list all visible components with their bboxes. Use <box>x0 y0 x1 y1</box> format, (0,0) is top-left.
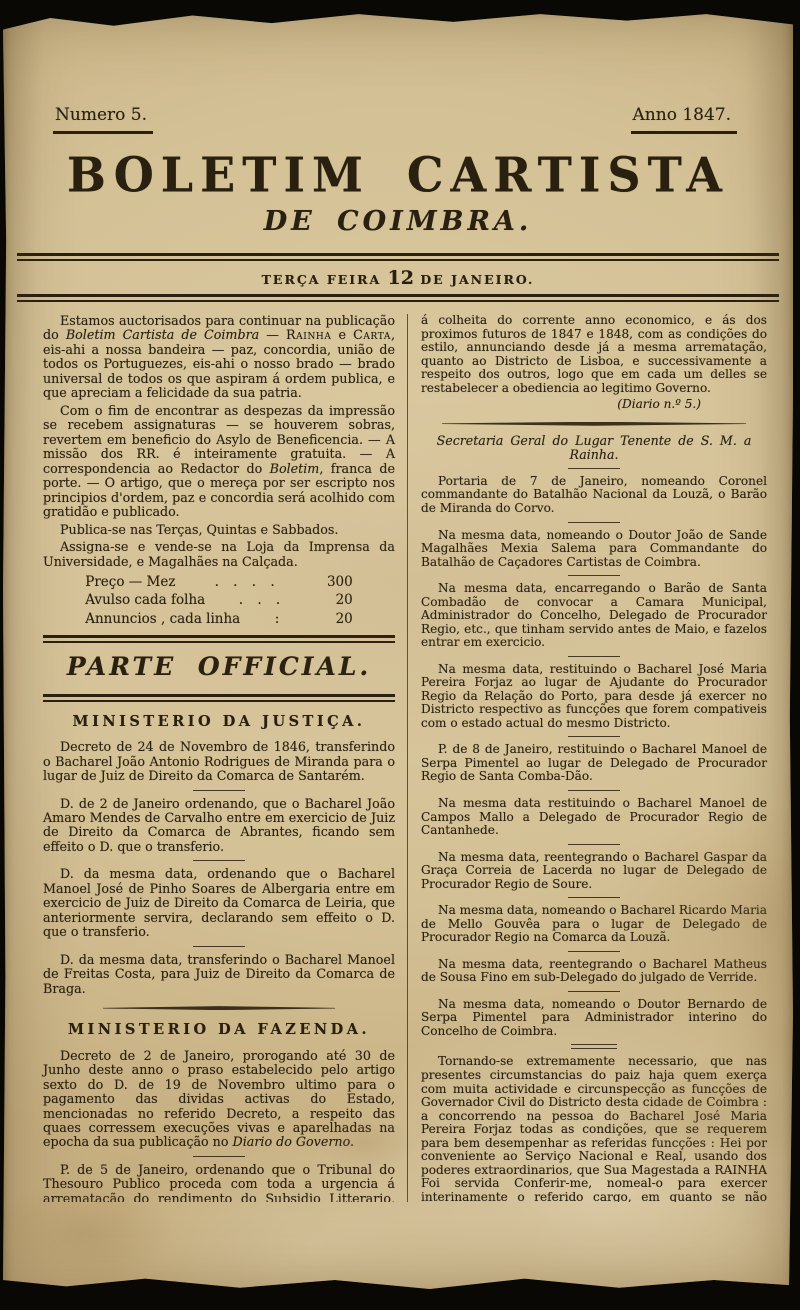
price-row-single: Avulso cada folha . . . 20 <box>85 593 353 608</box>
dateline-day: 12 <box>388 267 414 289</box>
text-run: e <box>331 327 353 342</box>
separator-rule <box>193 1156 245 1157</box>
price-value: 20 <box>319 612 353 627</box>
decree-paragraph: Decreto de 2 de Janeiro, prorogando até … <box>43 1049 395 1150</box>
smallcaps-carta: Carta <box>353 327 391 342</box>
decree-paragraph: D. da mesma data, ordenando que o Bachar… <box>43 867 395 939</box>
price-label: Avulso cada folha <box>85 593 205 608</box>
smallcaps-rainha: Rainha <box>286 327 331 342</box>
newspaper-scan: Numero 5. Anno 1847. BOLETIM CARTISTA DE… <box>3 9 793 1298</box>
decree-paragraph: Na mesma data, reentegrando o Bacharel M… <box>421 958 767 985</box>
price-label: Preço — Mez <box>85 575 175 590</box>
separator-rule <box>568 897 620 898</box>
secretaria-heading: Secretaria Geral do Lugar Tenente de S. … <box>421 434 767 462</box>
double-rule <box>17 294 779 302</box>
price-row-ads: Annuncios , cada linha : 20 <box>85 612 353 627</box>
separator-rule <box>568 468 620 469</box>
intro-paragraph-1: Estamos auctorisados para continuar na p… <box>43 314 395 401</box>
decree-paragraph: Tornando-se extremamente necessario, que… <box>421 1055 767 1202</box>
dateline: TERÇA FEIRA 12 DE JANEIRO. <box>3 261 793 294</box>
decree-paragraph: Na mesma data restituindo o Bacharel Man… <box>421 797 767 838</box>
parte-official-block: PARTE OFFICIAL. <box>43 635 395 702</box>
separator-rule <box>568 575 620 576</box>
decree-paragraph: Decreto de 24 de Novembro de 1846, trans… <box>43 740 395 783</box>
dot-leader: . . . . <box>175 575 318 590</box>
text-run: — <box>259 327 286 342</box>
separator-double-rule <box>571 1044 617 1049</box>
journal-name-italic: Diario do Governo. <box>233 1134 355 1149</box>
separator-rule <box>568 951 620 952</box>
decree-paragraph: P. de 5 de Janeiro, ordenando que o Trib… <box>43 1163 395 1202</box>
decree-paragraph: D. da mesma data, transferindo o Bachare… <box>43 953 395 996</box>
journal-name-italic: Boletim Cartista de Coimbra <box>66 327 259 342</box>
masthead-top-row: Numero 5. Anno 1847. <box>3 9 793 134</box>
price-row-month: Preço — Mez . . . . 300 <box>85 575 353 590</box>
decree-paragraph: Na mesma data, encarregando o Barão de S… <box>421 582 767 650</box>
publication-days: Publica-se nas Terças, Quintas e Sabbado… <box>43 523 395 537</box>
price-value: 300 <box>319 575 353 590</box>
dot-leader: : <box>240 612 319 627</box>
double-rule <box>43 694 395 702</box>
price-table: Preço — Mez . . . . 300 Avulso cada folh… <box>85 575 353 627</box>
separator-rule <box>568 844 620 845</box>
source-citation: (Diario n.º 5.) <box>421 398 767 412</box>
separator-rule <box>568 656 620 657</box>
masthead-subtitle: DE COIMBRA. <box>3 206 793 237</box>
tapered-rule <box>103 1006 335 1010</box>
dateline-weekday: TERÇA FEIRA <box>262 272 382 287</box>
masthead-title: BOLETIM CARTISTA <box>3 147 793 203</box>
decree-paragraph: Na mesma data, restituindo o Bacharel Jo… <box>421 663 767 731</box>
decree-paragraph: P. de 8 de Janeiro, restituindo o Bachar… <box>421 743 767 784</box>
columns-container: Estamos auctorisados para continuar na p… <box>3 304 793 1202</box>
decree-paragraph: Na mesma data, nomeando o Doutor João de… <box>421 529 767 570</box>
separator-rule <box>568 522 620 523</box>
intro-paragraph-2: Com o fim de encontrar as despezas da im… <box>43 404 395 520</box>
right-column: á colheita do corrente anno economico, e… <box>408 314 767 1202</box>
decree-paragraph: Na mesma data, nomeando o Bacharel Ricar… <box>421 904 767 945</box>
separator-rule <box>193 860 245 861</box>
separator-rule <box>568 790 620 791</box>
decree-paragraph: Portaria de 7 de Janeiro, nomeando Coron… <box>421 475 767 516</box>
separator-rule <box>568 991 620 992</box>
price-value: 20 <box>319 593 353 608</box>
double-rule <box>17 253 779 261</box>
dot-leader: . . . <box>205 593 319 608</box>
continuation-paragraph: á colheita do corrente anno economico, e… <box>421 314 767 395</box>
tapered-rule <box>442 422 746 426</box>
section-heading-justica: MINISTERIO DA JUSTIÇA. <box>43 714 395 731</box>
double-rule <box>43 635 395 643</box>
decree-paragraph: Na mesma data, nomeando o Doutor Bernard… <box>421 998 767 1039</box>
left-column: Estamos auctorisados para continuar na p… <box>43 314 408 1202</box>
separator-rule <box>568 736 620 737</box>
decree-paragraph: D. de 2 de Janeiro ordenando, que o Bach… <box>43 797 395 855</box>
separator-rule <box>193 946 245 947</box>
newspaper-page: Numero 5. Anno 1847. BOLETIM CARTISTA DE… <box>3 9 793 1202</box>
price-label: Annuncios , cada linha <box>85 612 240 627</box>
issue-number: Numero 5. <box>53 105 153 134</box>
decree-paragraph: Na mesma data, reentegrando o Bacharel G… <box>421 851 767 892</box>
section-heading-fazenda: MINISTERIO DA FAZENDA. <box>43 1022 395 1039</box>
year-label: Anno 1847. <box>631 105 737 134</box>
parte-official-title: PARTE OFFICIAL. <box>43 643 395 694</box>
journal-name-italic: Boletim <box>270 461 320 476</box>
sales-points: Assigna-se e vende-se na Loja da Imprens… <box>43 540 395 569</box>
dateline-month: DE JANEIRO. <box>420 272 534 287</box>
separator-rule <box>193 790 245 791</box>
